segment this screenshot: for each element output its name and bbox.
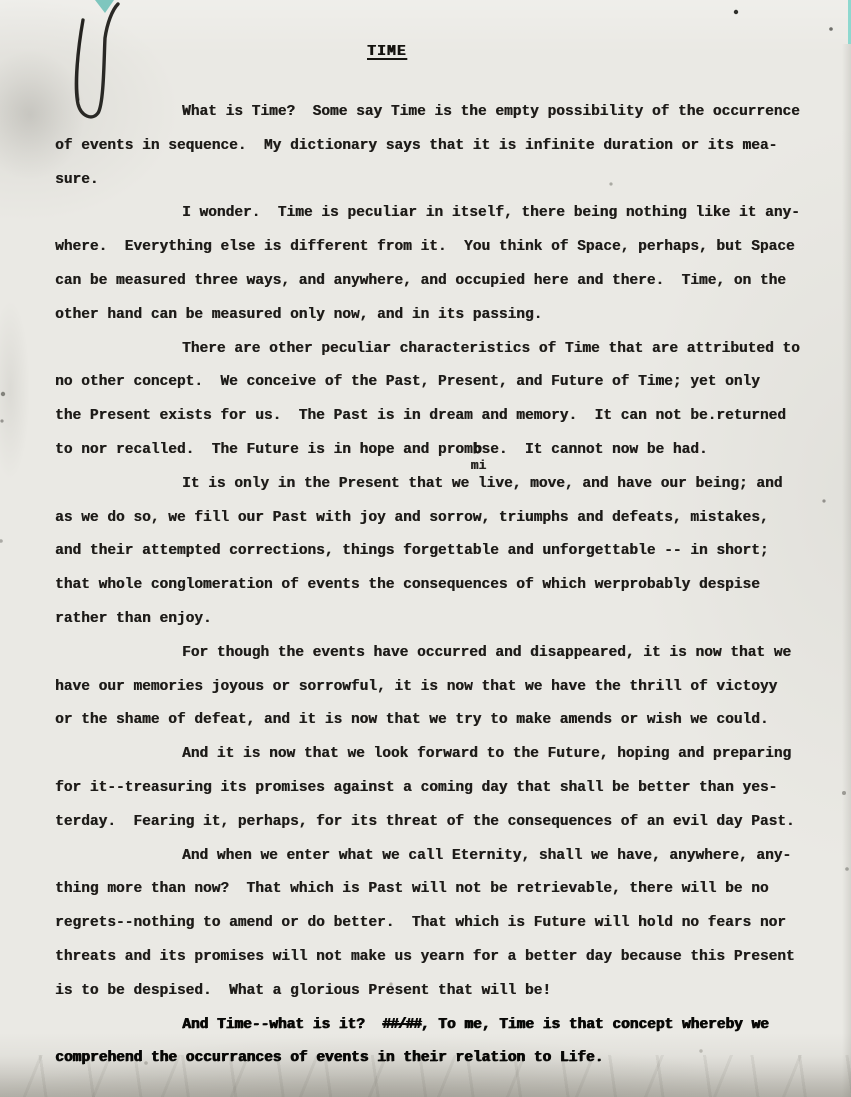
typed-text: What is Time? Some say Time is the empty… (55, 104, 825, 1084)
struck-out-text: ##/## (382, 1017, 421, 1033)
typed-text-part: se. It cannot now be had. (481, 442, 707, 458)
right-edge-shadow (842, 44, 851, 1097)
teal-corner-mark (95, 0, 114, 13)
typed-line: where. Everything else is different from… (55, 239, 825, 273)
ink-specks (0, 0, 2, 2)
typed-line: the Present exists for us. The Past is i… (55, 408, 825, 442)
typed-line: or the shame of defeat, and it is now th… (55, 712, 825, 746)
typed-correction: mi (471, 457, 487, 474)
typed-line: And Time--what is it? ##/##, To me, Time… (55, 1017, 825, 1051)
typed-line: is to be despised. What a glorious Prese… (55, 983, 825, 1017)
typed-line: other hand can be measured only now, and… (55, 307, 825, 341)
edge-smudge (0, 300, 30, 480)
typed-line: For though the events have occurred and … (55, 645, 825, 679)
document-page: TIME What is Time? Some say Time is the … (0, 0, 851, 1097)
typed-line: as we do so, we fill our Past with joy a… (55, 510, 825, 544)
typed-text-part: b (473, 442, 482, 458)
typed-line: that whole conglomeration of events the … (55, 577, 825, 611)
overstruck-character: bmi (473, 442, 482, 459)
typed-line: sure. (55, 172, 825, 206)
typed-line: terday. Fearing it, perhaps, for its thr… (55, 814, 825, 848)
typed-line: There are other peculiar characteristics… (55, 341, 825, 375)
typed-text-part: to nor recalled. The Future is in hope a… (55, 442, 473, 458)
typed-line: comprehend the occurrances of events in … (55, 1050, 825, 1084)
typed-line: I wonder. Time is peculiar in itself, th… (55, 205, 825, 239)
typed-line: It is only in the Present that we live, … (55, 476, 825, 510)
typed-line: can be measured three ways, and anywhere… (55, 273, 825, 307)
typed-line: have our memories joyous or sorrowful, i… (55, 679, 825, 713)
typed-line: rather than enjoy. (55, 611, 825, 645)
typed-line: And when we enter what we call Eternity,… (55, 848, 825, 882)
typed-line: threats and its promises will not make u… (55, 949, 825, 983)
typed-text-part: And Time--what is it? (182, 1017, 382, 1033)
typed-line: regrets--nothing to amend or do better. … (55, 915, 825, 949)
typed-line: and their attempted corrections, things … (55, 543, 825, 577)
typed-line: for it--treasuring its promises against … (55, 780, 825, 814)
page-title: TIME (367, 44, 407, 60)
typed-text-part: , To me, Time is that concept whereby we (421, 1017, 769, 1033)
typed-line: What is Time? Some say Time is the empty… (55, 104, 825, 138)
typed-line: And it is now that we look forward to th… (55, 746, 825, 780)
typed-line: to nor recalled. The Future is in hope a… (55, 442, 825, 476)
typed-line: no other concept. We conceive of the Pas… (55, 374, 825, 408)
typed-line: of events in sequence. My dictionary say… (55, 138, 825, 172)
typed-line: thing more than now? That which is Past … (55, 881, 825, 915)
